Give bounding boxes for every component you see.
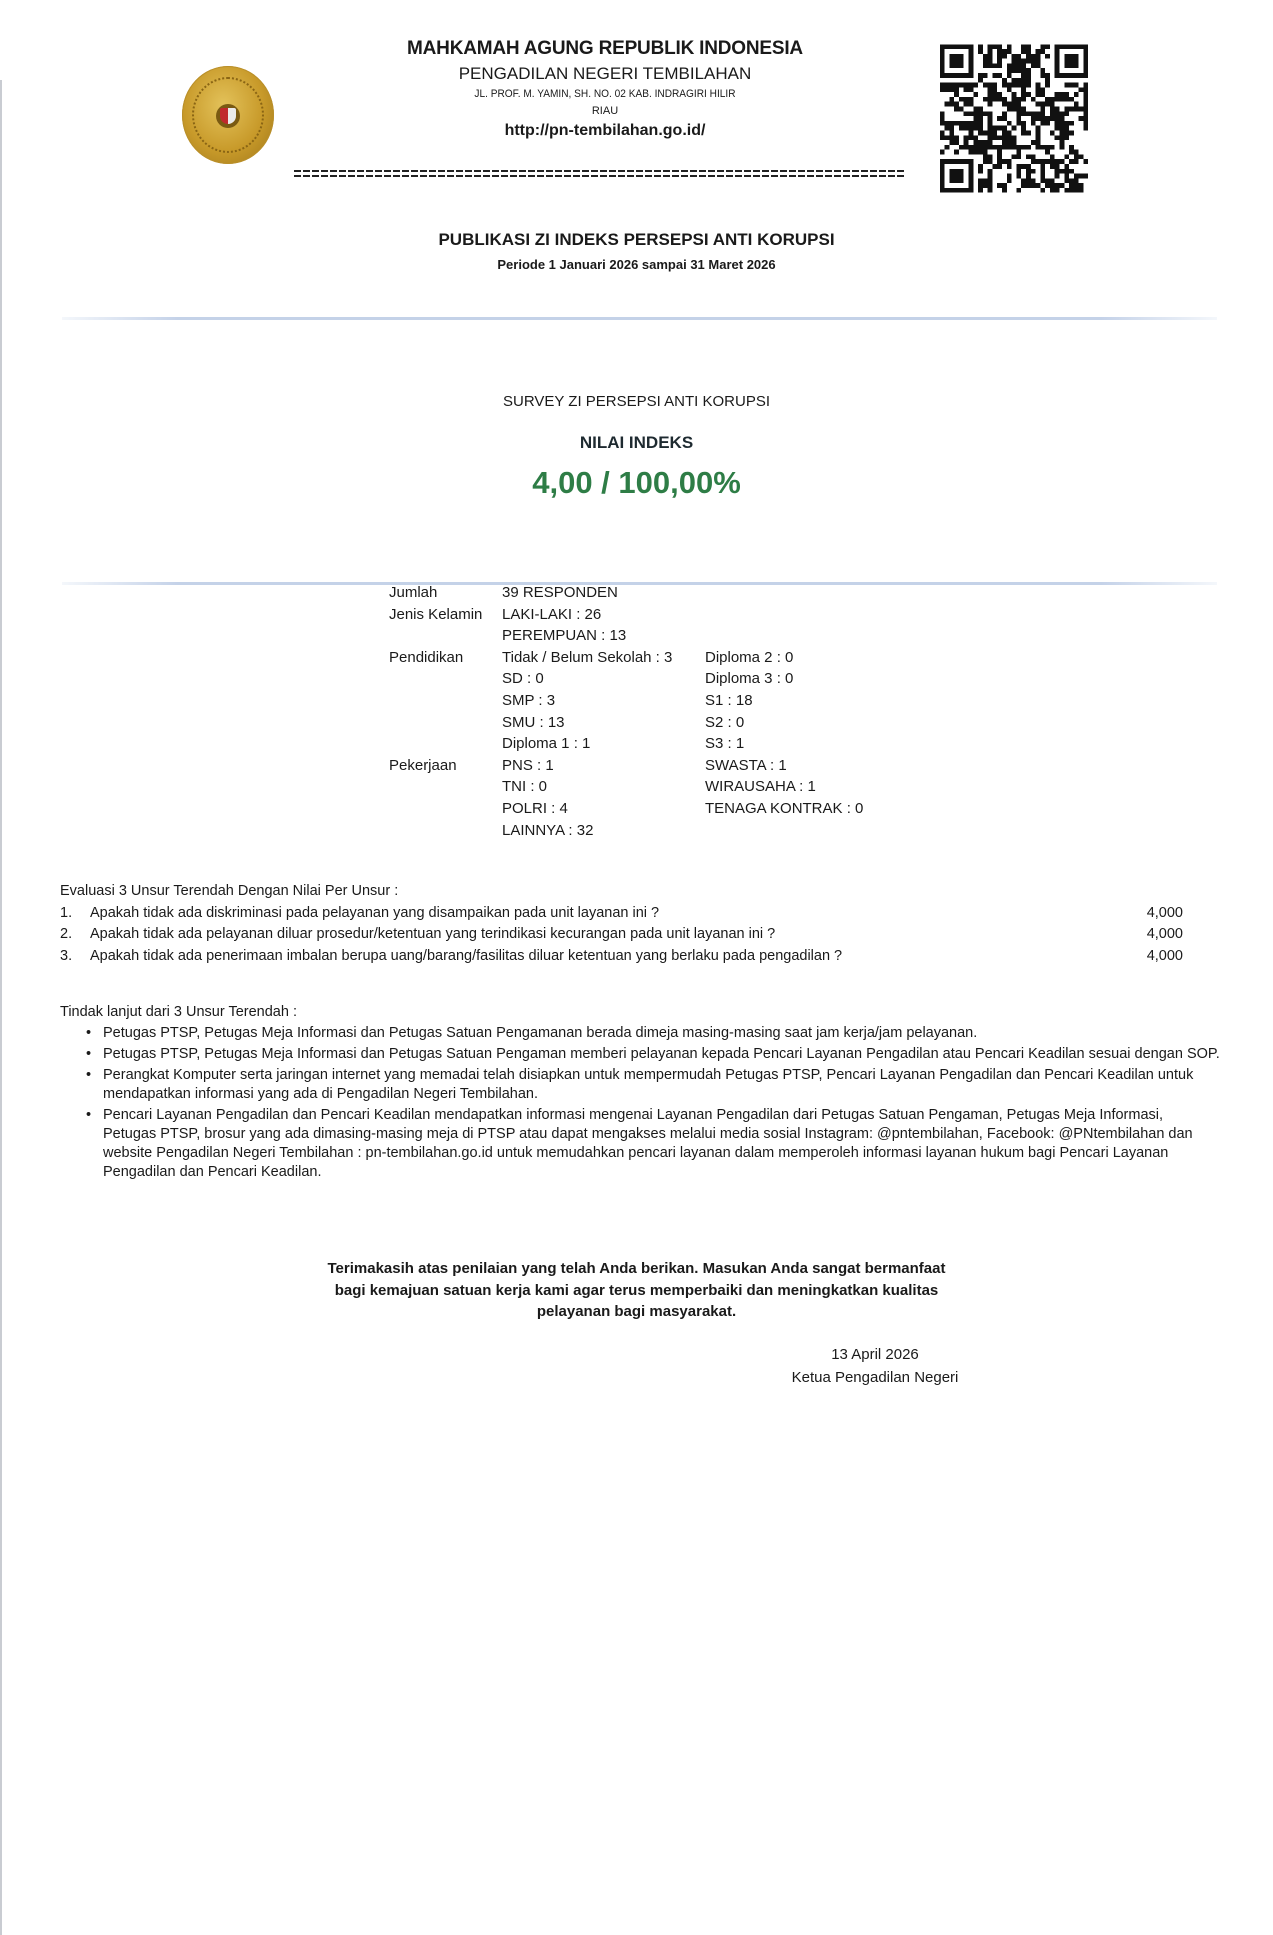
court-address: JL. PROF. M. YAMIN, SH. NO. 02 KAB. INDR… xyxy=(324,88,885,100)
index-value: 4,00 / 100,00% xyxy=(0,465,1273,501)
publication-title: PUBLIKASI ZI INDEKS PERSEPSI ANTI KORUPS… xyxy=(0,230,1273,250)
evaluation-section: Evaluasi 3 Unsur Terendah Dengan Nilai P… xyxy=(60,881,1190,967)
court-province: RIAU xyxy=(300,105,910,117)
section-divider xyxy=(62,317,1217,320)
evaluation-question: Apakah tidak ada diskriminasi pada pelay… xyxy=(90,903,659,925)
demographic-value-secondary: SWASTA : 1 xyxy=(705,755,787,777)
signature-date: 13 April 2026 xyxy=(778,1343,972,1366)
demographic-value: PNS : 1 xyxy=(502,755,554,777)
demographic-value: PEREMPUAN : 13 xyxy=(502,625,626,647)
demographic-value-secondary: Diploma 3 : 0 xyxy=(705,668,793,690)
demographic-value-secondary: Diploma 2 : 0 xyxy=(705,647,793,669)
page-edge xyxy=(0,80,2,1935)
follow-up-item: Perangkat Komputer serta jaringan intern… xyxy=(103,1066,1220,1104)
evaluation-score: 4,000 xyxy=(1147,924,1183,946)
evaluation-number: 2. xyxy=(60,924,72,946)
demographic-value-secondary: WIRAUSAHA : 1 xyxy=(705,776,816,798)
survey-title: SURVEY ZI PERSEPSI ANTI KORUPSI xyxy=(0,393,1273,410)
thank-you-note: Terimakasih atas penilaian yang telah An… xyxy=(0,1258,1273,1323)
evaluation-heading: Evaluasi 3 Unsur Terendah Dengan Nilai P… xyxy=(60,881,1190,903)
evaluation-item: 2.Apakah tidak ada pelayanan diluar pros… xyxy=(60,924,1190,946)
demographic-value: LAINNYA : 32 xyxy=(502,820,593,842)
evaluation-question: Apakah tidak ada pelayanan diluar prosed… xyxy=(90,924,775,946)
evaluation-number: 3. xyxy=(60,946,72,968)
follow-up-section: Tindak lanjut dari 3 Unsur Terendah : Pe… xyxy=(60,1003,1220,1184)
signatory-title: Ketua Pengadilan Negeri xyxy=(778,1366,972,1389)
evaluation-score: 4,000 xyxy=(1147,903,1183,925)
qr-code-icon[interactable] xyxy=(935,37,1093,200)
evaluation-item: 1.Apakah tidak ada diskriminasi pada pel… xyxy=(60,903,1190,925)
follow-up-item: Petugas PTSP, Petugas Meja Informasi dan… xyxy=(103,1045,1220,1064)
court-name: PENGADILAN NEGERI TEMBILAHAN xyxy=(300,64,910,84)
demographic-value: TNI : 0 xyxy=(502,776,547,798)
demographic-value-secondary: TENAGA KONTRAK : 0 xyxy=(705,798,863,820)
demographic-value-secondary: S3 : 1 xyxy=(705,733,744,755)
demographic-value: SMU : 13 xyxy=(502,712,565,734)
evaluation-number: 1. xyxy=(60,903,72,925)
follow-up-item: Petugas PTSP, Petugas Meja Informasi dan… xyxy=(103,1024,1220,1043)
demographic-label: Jumlah xyxy=(389,582,437,604)
demographic-label: Jenis Kelamin xyxy=(389,604,482,626)
demographic-value: LAKI-LAKI : 26 xyxy=(502,604,601,626)
demographic-value: SD : 0 xyxy=(502,668,544,690)
court-website[interactable]: http://pn-tembilahan.go.id/ xyxy=(300,122,910,140)
thank-you-text: Terimakasih atas penilaian yang telah An… xyxy=(317,1258,957,1323)
evaluation-question: Apakah tidak ada penerimaan imbalan beru… xyxy=(90,946,842,968)
demographic-value-secondary: S1 : 18 xyxy=(705,690,753,712)
publication-period: Periode 1 Januari 2026 sampai 31 Maret 2… xyxy=(0,257,1273,272)
demographic-value: Diploma 1 : 1 xyxy=(502,733,590,755)
index-label: NILAI INDEKS xyxy=(0,433,1273,453)
demographic-label: Pendidikan xyxy=(389,647,463,669)
evaluation-score: 4,000 xyxy=(1147,946,1183,968)
section-divider xyxy=(62,582,1217,585)
demographic-value-secondary: S2 : 0 xyxy=(705,712,744,734)
evaluation-item: 3.Apakah tidak ada penerimaan imbalan be… xyxy=(60,946,1190,968)
demographic-label: Pekerjaan xyxy=(389,755,457,777)
demographic-value: Tidak / Belum Sekolah : 3 xyxy=(502,647,672,669)
signature-block: 13 April 2026 Ketua Pengadilan Negeri xyxy=(778,1343,972,1389)
institution-name: MAHKAMAH AGUNG REPUBLIK INDONESIA xyxy=(300,38,910,60)
emblem-shield-icon xyxy=(220,108,236,124)
follow-up-heading: Tindak lanjut dari 3 Unsur Terendah : xyxy=(60,1003,1220,1022)
double-rule-divider xyxy=(294,170,906,178)
demographic-value: 39 RESPONDEN xyxy=(502,582,618,604)
follow-up-list: Petugas PTSP, Petugas Meja Informasi dan… xyxy=(60,1024,1220,1182)
follow-up-item: Pencari Layanan Pengadilan dan Pencari K… xyxy=(103,1106,1220,1182)
demographic-value: SMP : 3 xyxy=(502,690,555,712)
demographic-value: POLRI : 4 xyxy=(502,798,568,820)
